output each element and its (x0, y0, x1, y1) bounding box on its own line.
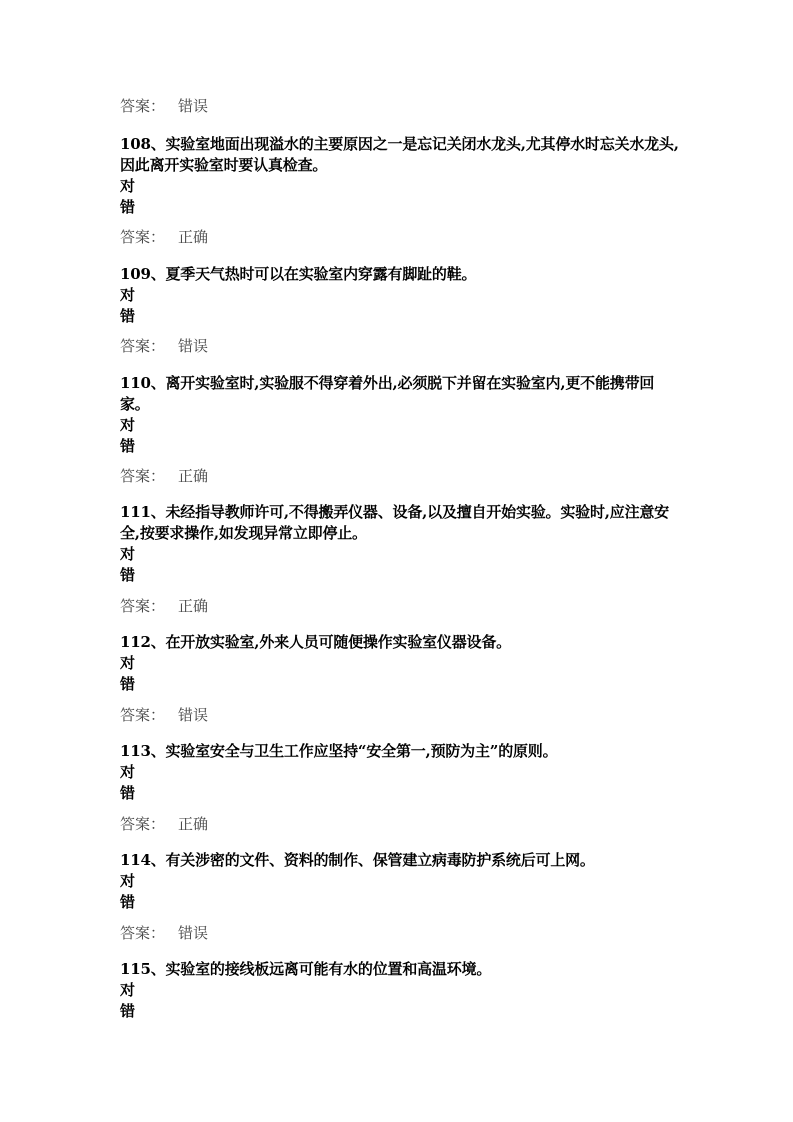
question-stem: 110、离开实验室时,实验服不得穿着外出,必须脱下并留在实验室内,更不能携带回家… (120, 373, 680, 415)
answer-111: 答案：正确 (120, 596, 208, 616)
option-false[interactable]: 错 (120, 565, 680, 586)
answer-108: 答案：正确 (120, 227, 208, 247)
option-true[interactable]: 对 (120, 544, 680, 565)
option-false[interactable]: 错 (120, 892, 680, 913)
answer-value: 正确 (178, 467, 208, 485)
answer-109: 答案：错误 (120, 336, 208, 356)
answer-value: 错误 (178, 97, 208, 115)
question-stem: 109、夏季天气热时可以在实验室内穿露有脚趾的鞋。 (120, 264, 680, 285)
answer-label: 答案： (120, 96, 178, 116)
question-113: 113、实验室安全与卫生工作应坚持“安全第一,预防为主”的原则。 对 错 (120, 741, 680, 804)
option-false[interactable]: 错 (120, 674, 680, 695)
option-false[interactable]: 错 (120, 436, 680, 457)
answer-label: 答案： (120, 227, 178, 247)
answer-110: 答案：正确 (120, 466, 208, 486)
question-stem: 112、在开放实验室,外来人员可随便操作实验室仪器设备。 (120, 632, 680, 653)
option-true[interactable]: 对 (120, 762, 680, 783)
question-115: 115、实验室的接线板远离可能有水的位置和高温环境。 对 错 (120, 959, 680, 1022)
question-stem: 115、实验室的接线板远离可能有水的位置和高温环境。 (120, 959, 680, 980)
question-109: 109、夏季天气热时可以在实验室内穿露有脚趾的鞋。 对 错 (120, 264, 680, 327)
answer-value: 正确 (178, 815, 208, 833)
question-114: 114、有关涉密的文件、资料的制作、保管建立病毒防护系统后可上网。 对 错 (120, 850, 680, 913)
answer-label: 答案： (120, 466, 178, 486)
answer-value: 错误 (178, 337, 208, 355)
answer-112: 答案：错误 (120, 705, 208, 725)
question-108: 108、实验室地面出现溢水的主要原因之一是忘记关闭水龙头,尤其停水时忘关水龙头,… (120, 134, 680, 218)
question-112: 112、在开放实验室,外来人员可随便操作实验室仪器设备。 对 错 (120, 632, 680, 695)
answer-113: 答案：正确 (120, 814, 208, 834)
question-stem: 114、有关涉密的文件、资料的制作、保管建立病毒防护系统后可上网。 (120, 850, 680, 871)
answer-value: 正确 (178, 597, 208, 615)
answer-label: 答案： (120, 596, 178, 616)
answer-label: 答案： (120, 814, 178, 834)
option-false[interactable]: 错 (120, 1001, 680, 1022)
option-true[interactable]: 对 (120, 176, 680, 197)
answer-label: 答案： (120, 336, 178, 356)
answer-107: 答案：错误 (120, 96, 208, 116)
option-false[interactable]: 错 (120, 783, 680, 804)
question-110: 110、离开实验室时,实验服不得穿着外出,必须脱下并留在实验室内,更不能携带回家… (120, 373, 680, 457)
option-true[interactable]: 对 (120, 653, 680, 674)
answer-value: 错误 (178, 924, 208, 942)
option-true[interactable]: 对 (120, 285, 680, 306)
option-false[interactable]: 错 (120, 197, 680, 218)
answer-label: 答案： (120, 923, 178, 943)
option-true[interactable]: 对 (120, 980, 680, 1001)
question-111: 111、未经指导教师许可,不得搬弄仪器、设备,以及擅自开始实验。实验时,应注意安… (120, 502, 680, 586)
option-true[interactable]: 对 (120, 415, 680, 436)
answer-value: 正确 (178, 228, 208, 246)
answer-label: 答案： (120, 705, 178, 725)
answer-value: 错误 (178, 706, 208, 724)
question-stem: 108、实验室地面出现溢水的主要原因之一是忘记关闭水龙头,尤其停水时忘关水龙头,… (120, 134, 680, 176)
question-stem: 111、未经指导教师许可,不得搬弄仪器、设备,以及擅自开始实验。实验时,应注意安… (120, 502, 680, 544)
option-true[interactable]: 对 (120, 871, 680, 892)
answer-114: 答案：错误 (120, 923, 208, 943)
question-stem: 113、实验室安全与卫生工作应坚持“安全第一,预防为主”的原则。 (120, 741, 680, 762)
option-false[interactable]: 错 (120, 306, 680, 327)
